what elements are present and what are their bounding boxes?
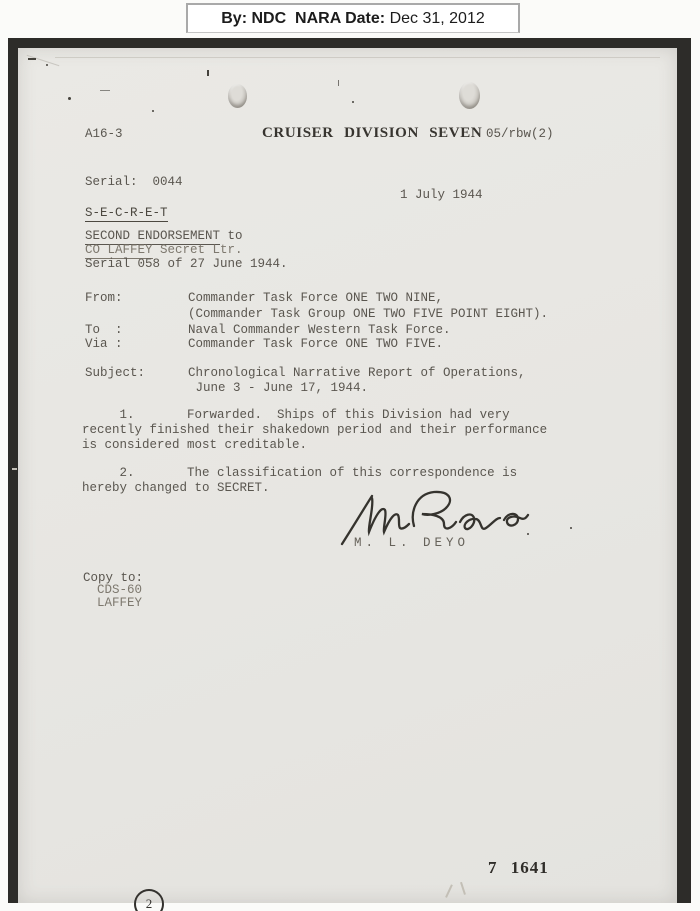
endorsement-serial-line: Serial 058 of 27 June 1944. bbox=[85, 257, 288, 272]
punch-hole-left bbox=[228, 84, 247, 108]
noise-speck bbox=[68, 97, 71, 100]
subject-value: Chronological Narrative Report of Operat… bbox=[188, 366, 526, 395]
paper-top-edge bbox=[55, 57, 660, 58]
signer-name: M. L. DEYO bbox=[354, 536, 469, 551]
noise-speck bbox=[100, 90, 110, 91]
endorsement-reference-line: CO LAFFEY Secret Ltr. bbox=[85, 243, 243, 258]
noise-speck bbox=[46, 64, 48, 66]
body-paragraph-1: 1. Forwarded. Ships of this Division had… bbox=[82, 408, 547, 453]
noise-speck bbox=[338, 80, 339, 86]
page-title: CRUISER DIVISION SEVEN bbox=[262, 125, 482, 142]
document-content: A16-3 CRUISER DIVISION SEVEN 05/rbw(2) S… bbox=[0, 0, 700, 911]
noise-speck bbox=[28, 58, 36, 60]
endorsement-title-line: SECOND ENDORSEMENT to bbox=[85, 229, 243, 244]
banner-by-value: NDC bbox=[251, 10, 286, 28]
border-scratch bbox=[12, 468, 17, 470]
pencil-mark bbox=[445, 884, 452, 897]
from-label: From: bbox=[85, 291, 123, 306]
classification-marking: S-E-C-R-E-T bbox=[85, 206, 168, 221]
handwritten-page-mark: 2 bbox=[134, 889, 164, 911]
document-date: 1 July 1944 bbox=[400, 188, 483, 203]
handwritten-page-mark-value: 2 bbox=[146, 896, 153, 911]
punch-hole-right bbox=[459, 82, 480, 109]
file-number: A16-3 bbox=[85, 127, 123, 142]
subject-label: Subject: bbox=[85, 366, 145, 381]
page-number-stamp: 7 1641 bbox=[488, 858, 549, 878]
banner-by-label: By: bbox=[221, 10, 247, 28]
noise-speck bbox=[207, 70, 209, 76]
copy-to-item: LAFFEY bbox=[97, 596, 142, 611]
to-value: Naval Commander Western Task Force. bbox=[188, 323, 451, 338]
noise-speck bbox=[152, 110, 154, 112]
from-value: Commander Task Force ONE TWO NINE, (Comm… bbox=[188, 291, 548, 322]
via-label: Via : bbox=[85, 337, 123, 352]
noise-speck bbox=[570, 527, 572, 529]
pencil-mark bbox=[460, 882, 465, 895]
nara-declassification-banner: By: NDC NARA Date: Dec 31, 2012 bbox=[186, 3, 520, 33]
serial-number: Serial: 0044 bbox=[85, 175, 183, 190]
noise-speck bbox=[352, 101, 354, 103]
via-value: Commander Task Force ONE TWO FIVE. bbox=[188, 337, 443, 352]
banner-date-label: NARA Date: bbox=[295, 10, 385, 28]
scan-bottom-margin bbox=[0, 903, 700, 911]
office-reference: 05/rbw(2) bbox=[486, 127, 554, 142]
banner-date-value: Dec 31, 2012 bbox=[390, 10, 485, 28]
to-label: To : bbox=[85, 323, 123, 338]
